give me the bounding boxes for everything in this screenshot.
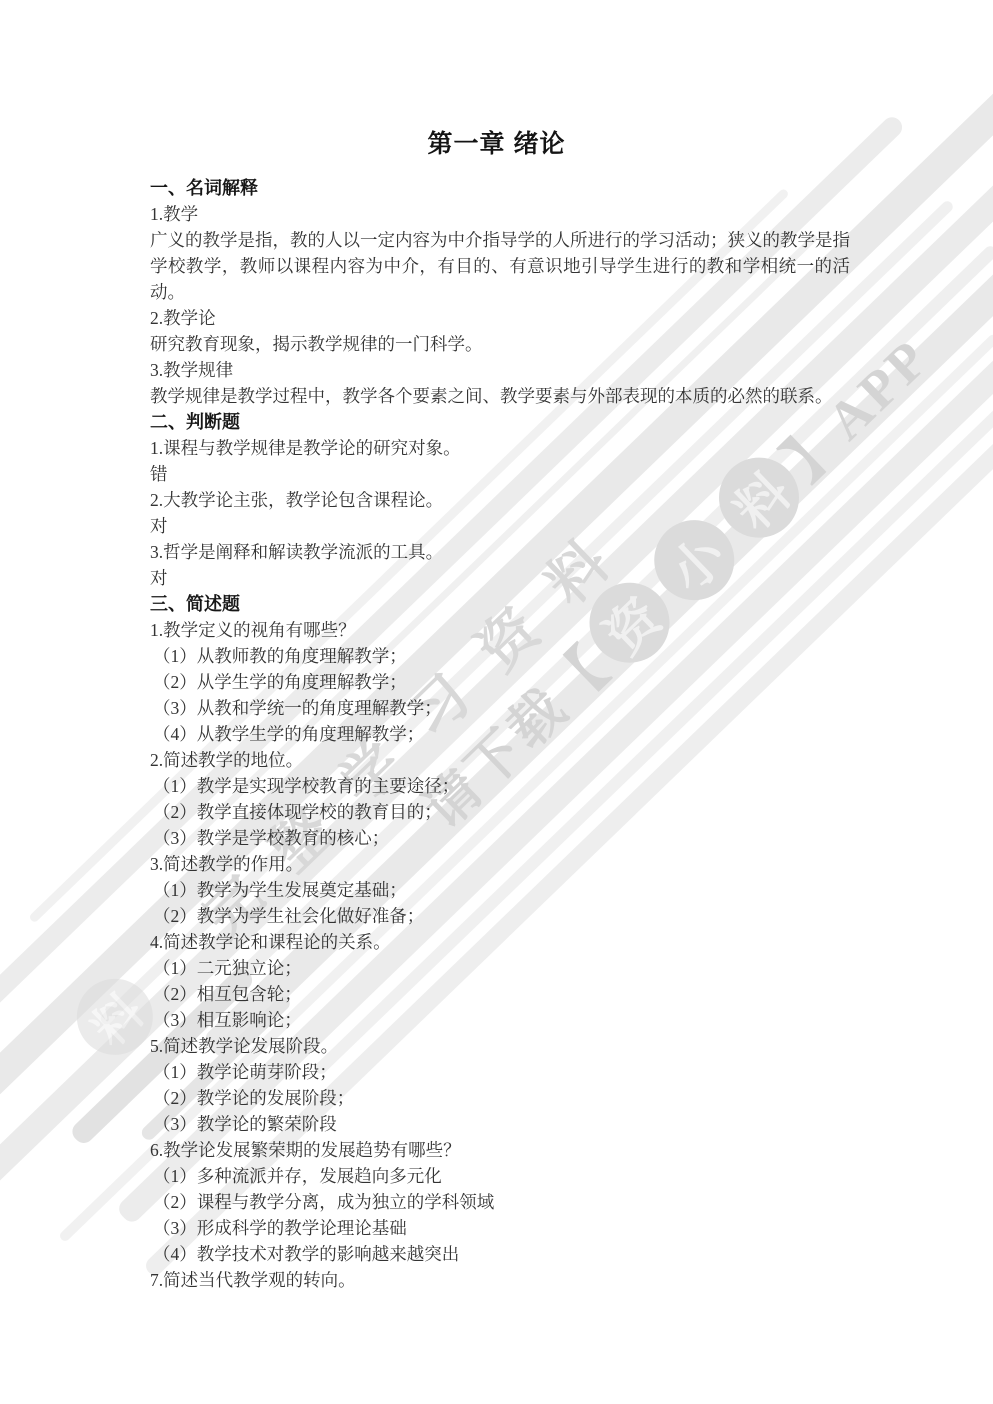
sub-item-line: （3）形成科学的教学论理论基础 xyxy=(150,1215,850,1241)
question-line: 5.简述教学论发展阶段。 xyxy=(150,1033,850,1059)
sub-item-line: （1）教学为学生发展奠定基础； xyxy=(150,877,850,903)
sub-item-line: （1）教学论萌芽阶段； xyxy=(150,1059,850,1085)
question-line: 3.教学规律 xyxy=(150,357,850,383)
paragraph-line: 研究教育现象，揭示教学规律的一门科学。 xyxy=(150,331,850,357)
sub-item-line: （3）从教和学统一的角度理解教学； xyxy=(150,695,850,721)
sub-item-line: （2）教学直接体现学校的教育目的； xyxy=(150,799,850,825)
question-line: 2.大教学论主张，教学论包含课程论。 xyxy=(150,487,850,513)
question-line: 6.教学论发展繁荣期的发展趋势有哪些？ xyxy=(150,1137,850,1163)
sub-item-line: （1）二元独立论； xyxy=(150,955,850,981)
sub-item-line: （3）教学论的繁荣阶段 xyxy=(150,1111,850,1137)
question-line: 1.教学定义的视角有哪些？ xyxy=(150,617,850,643)
sub-item-line: （2）教学为学生社会化做好准备； xyxy=(150,903,850,929)
page-title: 第一章 绪论 xyxy=(0,124,993,160)
question-line: 3.简述教学的作用。 xyxy=(150,851,850,877)
sub-item-line: （2）从学生学的角度理解教学； xyxy=(150,669,850,695)
document-page: 料 完整学习资料 请下载【 资 小 料 】APP 第一章 绪论 一、名词解释1.… xyxy=(0,0,993,1404)
sub-item-line: （3）相互影响论； xyxy=(150,1007,850,1033)
sub-item-line: （4）从教学生学的角度理解教学； xyxy=(150,721,850,747)
section-heading: 三、简述题 xyxy=(150,591,850,617)
answer-line: 错 xyxy=(150,461,850,487)
sub-item-line: （1）从教师教的角度理解教学； xyxy=(150,643,850,669)
sub-item-line: （1）教学是实现学校教育的主要途径； xyxy=(150,773,850,799)
document-content: 一、名词解释1.教学广义的教学是指，教的人以一定内容为中介指导学的人所进行的学习… xyxy=(150,175,850,1293)
paragraph-line: 教学规律是教学过程中，教学各个要素之间、教学要素与外部表现的本质的必然的联系。 xyxy=(150,383,850,409)
sub-item-line: （2）课程与教学分离，成为独立的学科领域 xyxy=(150,1189,850,1215)
paragraph-line: 广义的教学是指，教的人以一定内容为中介指导学的人所进行的学习活动；狭义的教学是指… xyxy=(150,227,850,305)
question-line: 1.课程与教学规律是教学论的研究对象。 xyxy=(150,435,850,461)
section-heading: 二、判断题 xyxy=(150,409,850,435)
answer-line: 对 xyxy=(150,513,850,539)
question-line: 3.哲学是阐释和解读教学流派的工具。 xyxy=(150,539,850,565)
sub-item-line: （2）教学论的发展阶段； xyxy=(150,1085,850,1111)
question-line: 4.简述教学论和课程论的关系。 xyxy=(150,929,850,955)
section-heading: 一、名词解释 xyxy=(150,175,850,201)
sub-item-line: （3）教学是学校教育的核心； xyxy=(150,825,850,851)
question-line: 7.简述当代教学观的转向。 xyxy=(150,1267,850,1293)
question-line: 2.教学论 xyxy=(150,305,850,331)
question-line: 1.教学 xyxy=(150,201,850,227)
sub-item-line: （1）多种流派并存，发展趋向多元化 xyxy=(150,1163,850,1189)
answer-line: 对 xyxy=(150,565,850,591)
question-line: 2.简述教学的地位。 xyxy=(150,747,850,773)
sub-item-line: （2）相互包含轮； xyxy=(150,981,850,1007)
sub-item-line: （4）教学技术对教学的影响越来越突出 xyxy=(150,1241,850,1267)
